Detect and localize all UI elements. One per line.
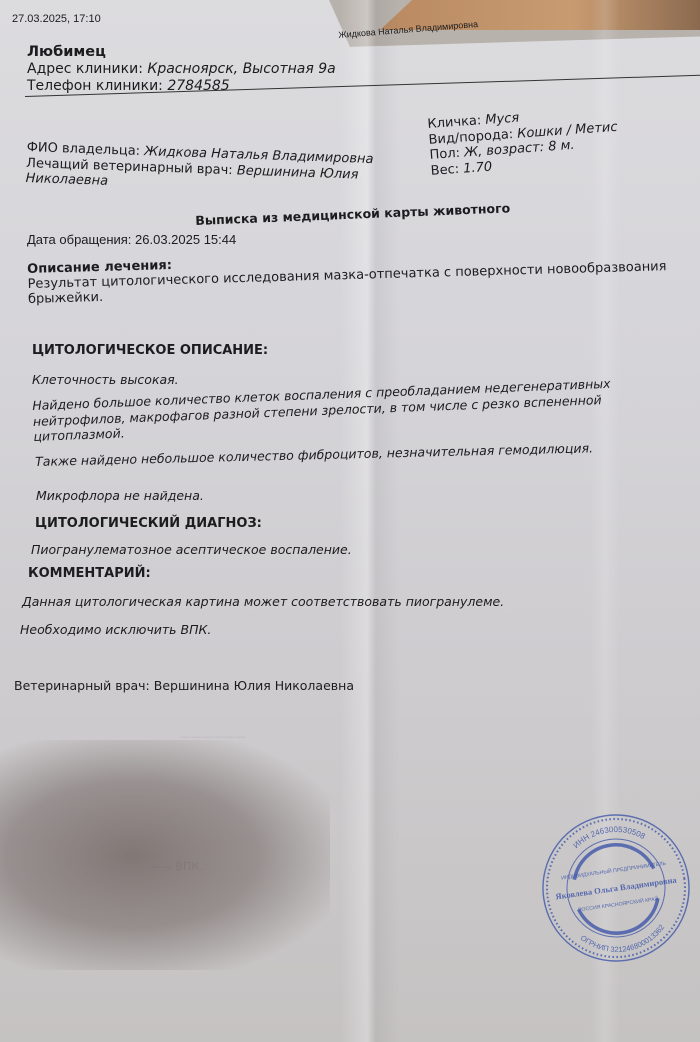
cytology-diagnosis-heading: ЦИТОЛОГИЧЕСКИЙ ДИАГНОЗ: bbox=[35, 516, 262, 531]
clinic-name: Любимец bbox=[27, 44, 336, 61]
stamp-region: РОССИЯ КРАСНОЯРСКИЙ КРАЙ bbox=[578, 894, 659, 913]
signature-name: Вершинина Юлия Николаевна bbox=[154, 678, 354, 693]
clinic-address: Адрес клиники: Красноярск, Высотная 9а bbox=[27, 61, 336, 78]
signature-label: Ветеринарный врач: bbox=[14, 678, 150, 693]
signature-line: Ветеринарный врач: Вершинина Юлия Никола… bbox=[14, 678, 354, 693]
pet-info: Кличка: Муся Вид/порода: Кошки / Метис П… bbox=[427, 104, 620, 179]
seal-stamp: ИНН 246300530508 ОГРНИП 321246800013362 … bbox=[530, 802, 700, 974]
clinic-phone: Телефон клиники: 2784585 bbox=[27, 78, 336, 95]
print-datetime: 27.03.2025, 17:10 bbox=[12, 13, 101, 25]
comment-text: Данная цитологическая картина может соот… bbox=[22, 594, 504, 609]
visit-date-label: Дата обращения: bbox=[27, 232, 131, 247]
comment-text: Необходимо исключить ВПК. bbox=[20, 622, 211, 637]
attending-vet-value-cont: Николаевна bbox=[25, 171, 108, 189]
stamp-ogrnip: ОГРНИП 321246800013362 bbox=[578, 922, 669, 960]
pet-name-value: Муся bbox=[485, 111, 520, 128]
comment-heading: КОММЕНТАРИЙ: bbox=[28, 566, 151, 581]
pet-weight-value: 1.70 bbox=[463, 159, 493, 176]
cytology-cellularity: Клеточность высокая. bbox=[32, 372, 179, 387]
clinic-address-value: Красноярск, Высотная 9а bbox=[147, 61, 335, 77]
pet-weight-label: Вес: bbox=[430, 161, 459, 178]
cytology-description-heading: ЦИТОЛОГИЧЕСКОЕ ОПИСАНИЕ: bbox=[32, 343, 268, 358]
clinic-address-label: Адрес клиники: bbox=[27, 61, 143, 77]
visit-date-value: 26.03.2025 15:44 bbox=[135, 232, 236, 247]
cytology-diagnosis-text: Пиогранулематозное асептическое воспален… bbox=[31, 542, 352, 557]
pet-sex-label: Пол: bbox=[429, 146, 460, 163]
visit-date: Дата обращения: 26.03.2025 15:44 bbox=[27, 232, 236, 247]
cytology-microflora: Микрофлора не найдена. bbox=[36, 488, 204, 503]
